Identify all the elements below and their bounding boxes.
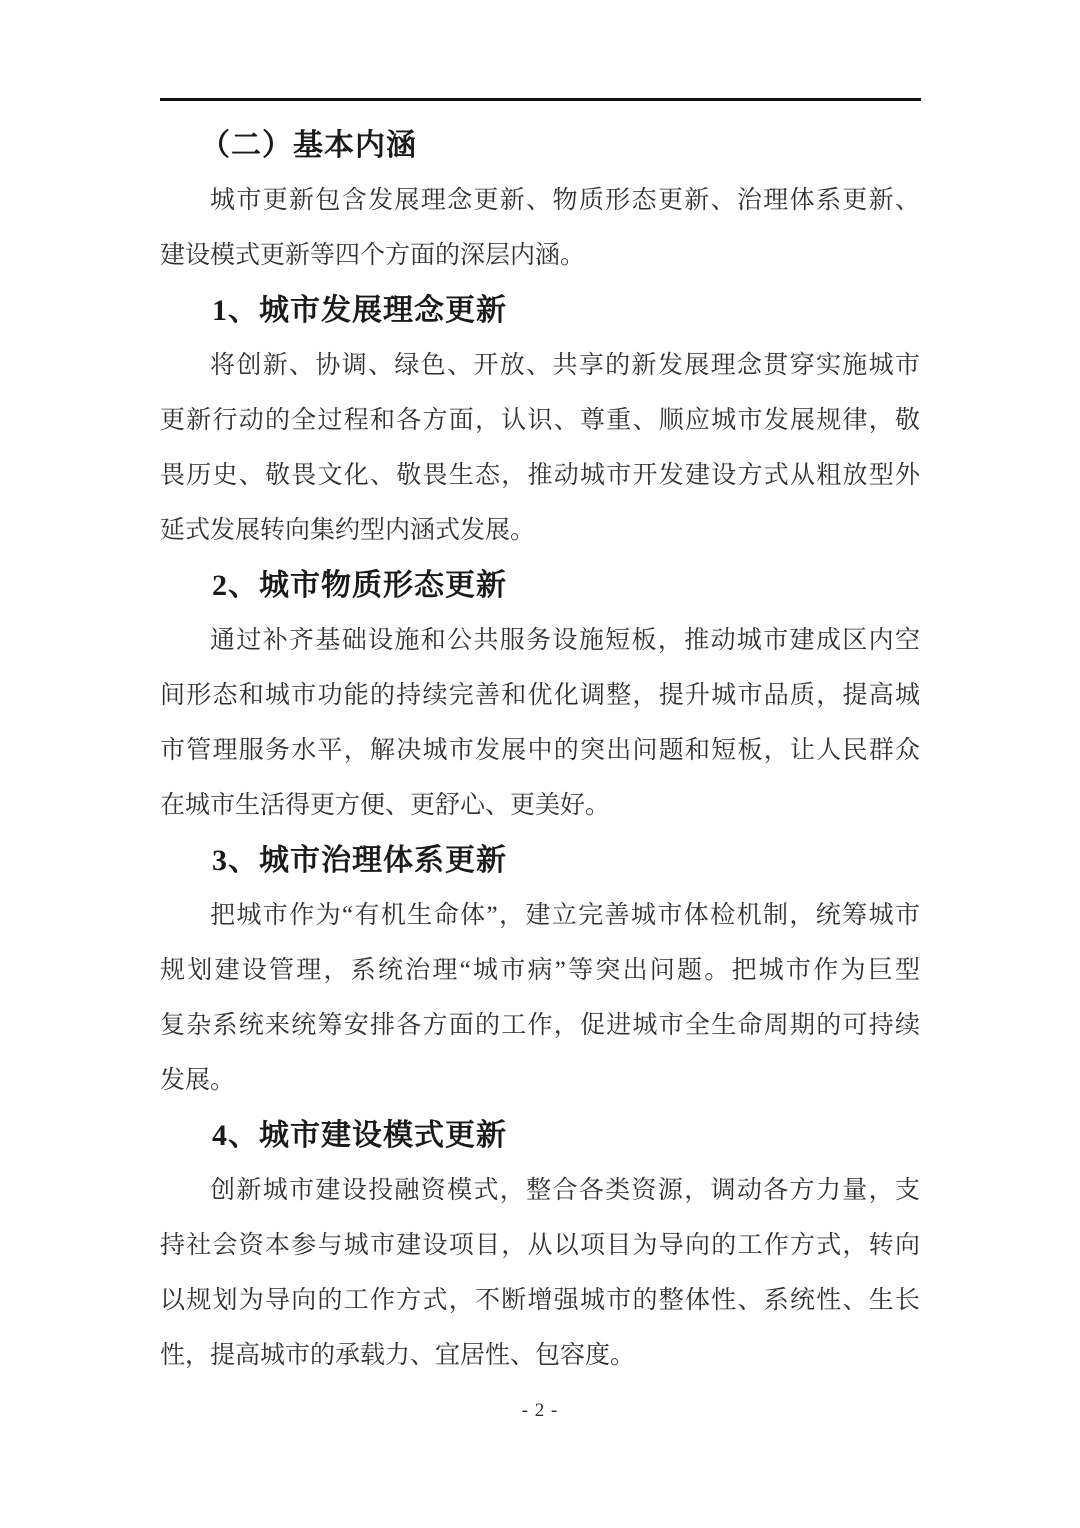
paragraph-line: 性，提高城市的承载力、宜居性、包容度。 [160, 1328, 920, 1383]
paragraph-line: 更新行动的全过程和各方面，认识、尊重、顺应城市发展规律，敬 [160, 393, 920, 448]
paragraph-line: 创新城市建设投融资模式，整合各类资源，调动各方力量，支 [160, 1163, 920, 1218]
document-page: （二）基本内涵 城市更新包含发展理念更新、物质形态更新、治理体系更新、 建设模式… [0, 0, 1080, 1528]
header-rule [160, 98, 921, 101]
paragraph-line: 规划建设管理，系统治理“城市病”等突出问题。把城市作为巨型 [160, 943, 920, 998]
paragraph-line: 间形态和城市功能的持续完善和优化调整，提升城市品质，提高城 [160, 668, 920, 723]
paragraph-line: 延式发展转向集约型内涵式发展。 [160, 503, 920, 558]
paragraph-line: 通过补齐基础设施和公共服务设施短板，推动城市建成区内空 [160, 613, 920, 668]
subsection-heading-3: 3、城市治理体系更新 [160, 833, 920, 888]
paragraph-line: 以规划为导向的工作方式，不断增强城市的整体性、系统性、生长 [160, 1273, 920, 1328]
subsection-heading-4: 4、城市建设模式更新 [160, 1108, 920, 1163]
paragraph-line: 复杂系统来统筹安排各方面的工作，促进城市全生命周期的可持续 [160, 998, 920, 1053]
paragraph-line: 城市更新包含发展理念更新、物质形态更新、治理体系更新、 [160, 173, 920, 228]
section-heading: （二）基本内涵 [160, 118, 920, 173]
paragraph-line: 将创新、协调、绿色、开放、共享的新发展理念贯穿实施城市 [160, 338, 920, 393]
page-number: - 2 - [160, 1383, 920, 1438]
paragraph-line: 畏历史、敬畏文化、敬畏生态，推动城市开发建设方式从粗放型外 [160, 448, 920, 503]
paragraph-line: 把城市作为“有机生命体”，建立完善城市体检机制，统筹城市 [160, 888, 920, 943]
paragraph-line: 市管理服务水平，解决城市发展中的突出问题和短板，让人民群众 [160, 723, 920, 778]
subsection-heading-1: 1、城市发展理念更新 [160, 283, 920, 338]
paragraph-line: 发展。 [160, 1053, 920, 1108]
document-body: （二）基本内涵 城市更新包含发展理念更新、物质形态更新、治理体系更新、 建设模式… [160, 118, 920, 1438]
paragraph-line: 在城市生活得更方便、更舒心、更美好。 [160, 778, 920, 833]
subsection-heading-2: 2、城市物质形态更新 [160, 558, 920, 613]
paragraph-line: 持社会资本参与城市建设项目，从以项目为导向的工作方式，转向 [160, 1218, 920, 1273]
paragraph-line: 建设模式更新等四个方面的深层内涵。 [160, 228, 920, 283]
